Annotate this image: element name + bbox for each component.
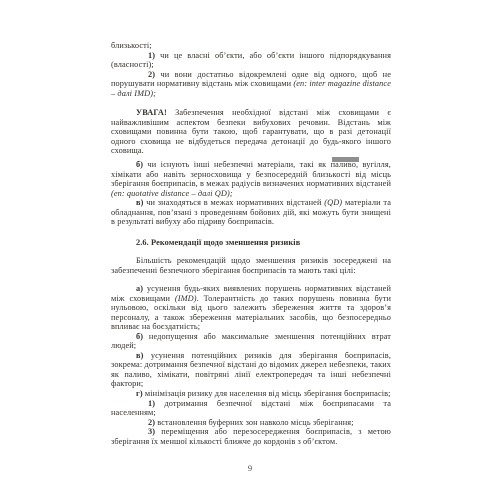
paragraph-continuation: близькості;: [111, 41, 391, 51]
body-text: чи існують інші небезпечні матеріали, та…: [111, 160, 391, 188]
list-item-v: в) чи знаходяться в межах нормативних ві…: [111, 198, 391, 227]
list-item-b: б) чи існують інші небезпечні матеріали,…: [111, 160, 391, 198]
section-heading-text: 2.6. Рекомендації щодо зменшення ризиків: [136, 238, 300, 247]
foreign-term: (en: quotative distance – далі QD);: [111, 189, 233, 198]
body-text: недопущення або максимальне зменшення по…: [111, 332, 391, 351]
list-item-2: 2) чи вони достатньо відокремлені одне в…: [111, 70, 391, 99]
abbreviation: (IMD): [175, 294, 197, 303]
list-item-g: г) мінімізація ризику для населення від …: [111, 389, 391, 399]
sub-item-1: 1) дотримання безпечної відстані між боє…: [111, 399, 391, 418]
body-text: близькості;: [111, 41, 152, 50]
sub-item-2: 2) встановлення буферних зон навколо міс…: [111, 418, 391, 428]
document-page: близькості; 1) чи це власні об’єкти, або…: [0, 0, 500, 500]
section-heading: 2.6. Рекомендації щодо зменшення ризиків: [111, 238, 391, 248]
list-letter: г): [136, 389, 143, 398]
body-text: встановлення буферних зон навколо місць …: [155, 418, 353, 427]
list-item-a: а) усунення будь-яких виявлених порушень…: [111, 284, 391, 332]
sub-item-3: 3) переміщення або перезосередження боєп…: [111, 427, 391, 446]
list-item-v2: в) усунення потенційних ризиків для збер…: [111, 351, 391, 389]
body-text: чи знаходяться в межах нормативних відст…: [143, 198, 324, 207]
body-text: мінімізація ризику для населення від міс…: [143, 389, 391, 398]
body-text: усунення потенційних ризиків для зберіга…: [111, 351, 391, 389]
list-item-1: 1) чи це власні об’єкти, або об’єкти інш…: [111, 51, 391, 70]
body-text: Більшість рекомендацій щодо зменшення ри…: [111, 256, 391, 275]
abbreviation: (QD): [324, 198, 342, 207]
intro-paragraph: Більшість рекомендацій щодо зменшення ри…: [111, 256, 391, 275]
page-number: 9: [0, 463, 500, 473]
warning-label: УВАГА!: [136, 108, 167, 117]
warning-paragraph: УВАГА! Забезпечення необхідної відстані …: [111, 108, 391, 156]
document-body: близькості; 1) чи це власні об’єкти, або…: [111, 41, 391, 446]
list-item-b2: б) недопущення або максимальне зменшення…: [111, 332, 391, 351]
